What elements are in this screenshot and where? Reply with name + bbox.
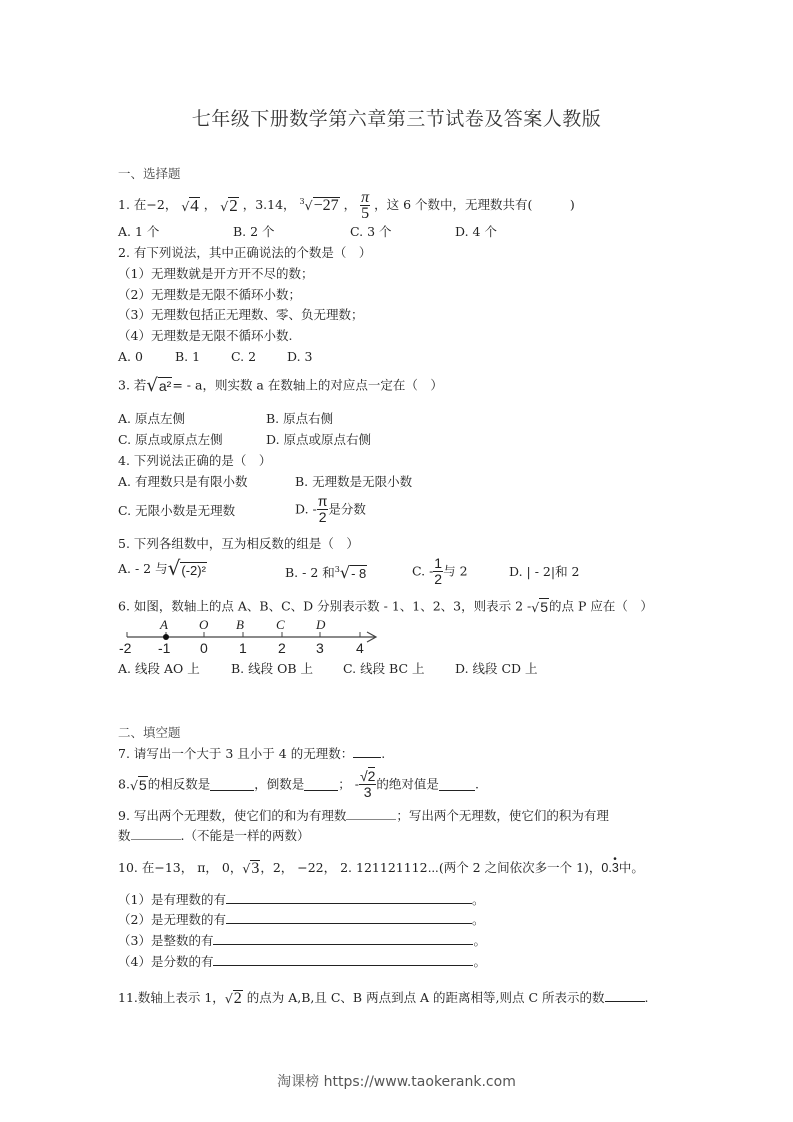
q2-option-c: C. 2 <box>231 349 256 365</box>
tick-label: 2 <box>278 640 286 656</box>
answer-blank[interactable] <box>226 891 472 904</box>
sqrt-4: √4 <box>181 197 199 215</box>
page-title: 七年级下册数学第六章第三节试卷及答案人教版 <box>0 104 793 131</box>
q10-part-3: （3）是整数的有。 <box>118 932 486 949</box>
tick-label: -1 <box>158 640 170 656</box>
answer-blank[interactable] <box>346 807 396 820</box>
point-label-o: O <box>199 617 208 633</box>
q1-option-a: A. 1 个 <box>118 224 159 240</box>
q2-statement-3: （3）无理数包括正无理数、零、负无理数； <box>118 307 363 323</box>
question-4: 4. 下列说法正确的是（ ） <box>118 453 271 469</box>
q10-part-1: （1）是有理数的有。 <box>118 891 484 908</box>
q3-option-a: A. 原点左侧 <box>118 411 185 427</box>
repeating-decimal: 0.3• <box>601 861 618 875</box>
q5-option-d: D. | - 2|和 2 <box>509 564 580 580</box>
question-9-line-1: 9. 写出两个无理数，使它们的和为有理数；写出两个无理数，使它们的积为有理 <box>118 807 609 824</box>
question-3: 3. 若√a²= - a，则实数 a 在数轴上的对应点一定在（ ） <box>118 377 443 395</box>
q3-option-b: B. 原点右侧 <box>266 411 333 427</box>
point-label-d: D <box>316 617 325 633</box>
answer-blank[interactable] <box>210 778 254 791</box>
tick-label: 0 <box>200 640 208 656</box>
question-2: 2. 有下列说法，其中正确说法的个数是（ ） <box>118 245 371 261</box>
number-line-diagram <box>115 615 390 660</box>
question-9-line-2: 数.（不能是一样的两数） <box>118 827 310 844</box>
question-11: 11.数轴上表示 1，√2 的点为 A,B,且 C、B 两点到点 A 的距离相等… <box>118 989 649 1007</box>
q5-option-a: A. - 2 与√(-2)² <box>118 560 207 579</box>
section-heading-choice: 一、选择题 <box>118 164 181 182</box>
section-heading-fill-blank: 二、填空题 <box>118 723 181 741</box>
q4-option-b: B. 无理数是无限小数 <box>295 474 412 490</box>
q10-part-2: （2）是无理数的有。 <box>118 911 484 928</box>
cube-root-neg27: √−27 <box>305 197 340 214</box>
q2-statement-4: （4）无理数是无限不循环小数. <box>118 328 292 344</box>
question-5: 5. 下列各组数中，互为相反数的组是（ ） <box>118 536 359 552</box>
answer-blank[interactable] <box>304 778 338 791</box>
q5-option-c: C. -12与 2 <box>412 556 468 587</box>
q10-part-4: （4）是分数的有。 <box>118 953 486 970</box>
q2-statement-2: （2）无理数是无限不循环小数； <box>118 287 301 303</box>
answer-blank[interactable] <box>226 911 472 924</box>
sqrt-2: √2 <box>220 197 238 215</box>
q5-option-b: B. - 2 和3√- 8 <box>285 562 367 582</box>
q2-option-a: A. 0 <box>118 349 143 365</box>
answer-blank[interactable] <box>213 953 473 966</box>
fraction-pi-5: π5 <box>360 190 370 221</box>
q6-option-d: D. 线段 CD 上 <box>455 661 538 677</box>
footer-watermark: 淘课榜 https://www.taokerank.com <box>0 1071 793 1091</box>
question-7: 7. 请写出一个大于 3 且小于 4 的无理数：. <box>118 745 385 762</box>
tick-label: 3 <box>316 640 324 656</box>
q4-option-a: A. 有理数只是有限小数 <box>118 474 247 490</box>
answer-blank[interactable] <box>131 827 181 840</box>
answer-blank[interactable] <box>353 745 381 758</box>
question-10: 10. 在−13， π， 0，√3，2， −22， 2. 121121112⋯(… <box>118 860 644 877</box>
q6-option-a: A. 线段 AO 上 <box>118 661 200 677</box>
answer-blank[interactable] <box>213 932 473 945</box>
q3-option-d: D. 原点或原点右侧 <box>266 432 371 448</box>
q2-statement-1: （1）无理数就是开方开不尽的数； <box>118 266 313 282</box>
q4-option-c: C. 无限小数是无理数 <box>118 503 235 519</box>
q6-option-c: C. 线段 BC 上 <box>343 661 425 677</box>
point-label-b: B <box>236 617 244 633</box>
tick-label: 4 <box>356 640 364 656</box>
q1-option-d: D. 4 个 <box>455 224 497 240</box>
tick-label: -2 <box>119 640 131 656</box>
q4-option-d: D. -π2是分数 <box>295 494 366 525</box>
answer-blank[interactable] <box>605 989 645 1002</box>
q1-option-c: C. 3 个 <box>350 224 392 240</box>
sqrt-a-squared: √a² <box>146 377 172 395</box>
q6-option-b: B. 线段 OB 上 <box>231 661 313 677</box>
question-6: 6. 如图，数轴上的点 A、B、C、D 分别表示数 - 1、1、2、3，则表示 … <box>118 598 653 616</box>
q3-option-c: C. 原点或原点左侧 <box>118 432 223 448</box>
question-8: 8.√5的相反数是，倒数是； -√23的绝对值是. <box>118 769 479 800</box>
tick-label: 1 <box>239 640 247 656</box>
fraction-pi-2: π2 <box>317 494 329 525</box>
answer-blank[interactable] <box>439 778 475 791</box>
q2-option-d: D. 3 <box>287 349 312 365</box>
question-1: 1. 在−2， √4 ， √2 ，3.14， 3√−27 ， π5 ，这 6 个… <box>118 190 575 221</box>
point-label-c: C <box>276 617 285 633</box>
q1-option-b: B. 2 个 <box>233 224 275 240</box>
q2-option-b: B. 1 <box>175 349 200 365</box>
point-label-a: A <box>160 617 168 633</box>
